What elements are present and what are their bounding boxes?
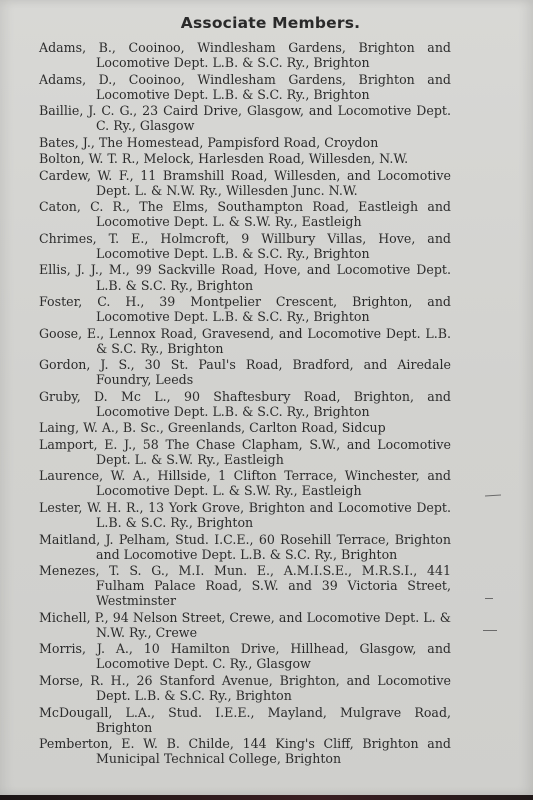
member-name: Morse, R. H., (39, 673, 130, 688)
member-address: Lennox Road, Gravesend, and Locomotive D… (96, 326, 451, 356)
member-entry: Ellis, J. J., M., 99 Sackville Road, Hov… (39, 262, 451, 292)
member-name: Bates, J., (39, 135, 95, 150)
member-entry: Adams, D., Cooinoo, Windlesham Gardens, … (39, 72, 451, 102)
member-name: Pemberton, E. W. B. Childe, (39, 736, 234, 751)
member-entry: Morris, J. A., 10 Hamilton Drive, Hillhe… (39, 641, 451, 671)
pencil-mark (485, 494, 501, 496)
page-title: Associate Members. (0, 14, 533, 32)
member-name: Adams, D., (39, 72, 116, 87)
member-entry: Gordon, J. S., 30 St. Paul's Road, Bradf… (39, 357, 451, 387)
book-cover-edge (0, 795, 533, 800)
member-address: 30 St. Paul's Road, Bradford, and Aireda… (96, 357, 451, 387)
member-entry: Lamport, E. J., 58 The Chase Clapham, S.… (39, 437, 451, 467)
member-address: 99 Sackville Road, Hove, and Locomotive … (96, 262, 451, 292)
member-entry: Morse, R. H., 26 Stanford Avenue, Bright… (39, 673, 451, 703)
member-name: Michell, P., (39, 610, 109, 625)
member-name: Cardew, W. F., (39, 168, 134, 183)
member-name: McDougall, L.A., (39, 705, 155, 720)
member-name: Lester, W. H. R., (39, 500, 144, 515)
member-name: Menezes, T. S. G., (39, 563, 169, 578)
member-entry: Lester, W. H. R., 13 York Grove, Brighto… (39, 500, 451, 530)
member-address: 26 Stanford Avenue, Brighton, and Locomo… (96, 673, 451, 703)
member-name: Lamport, E. J., (39, 437, 136, 452)
member-address: 58 The Chase Clapham, S.W., and Locomoti… (96, 437, 451, 467)
member-name: Goose, E., (39, 326, 104, 341)
member-name: Caton, C. R., (39, 199, 130, 214)
member-entry: Chrimes, T. E., Holmcroft, 9 Willbury Vi… (39, 231, 451, 261)
pencil-mark (485, 598, 493, 599)
member-address: 13 York Grove, Brighton and Locomotive D… (96, 500, 451, 530)
member-address: Melock, Harlesden Road, Willesden, N.W. (143, 151, 408, 166)
member-address: Cooinoo, Windlesham Gardens, Brighton an… (96, 40, 451, 70)
member-address: Hillside, 1 Clifton Terrace, Winchester,… (96, 468, 451, 498)
member-address: The Homestead, Pampisford Road, Croydon (99, 135, 378, 150)
member-address: The Elms, Southampton Road, Eastleigh an… (96, 199, 451, 229)
member-entry: Foster, C. H., 39 Montpelier Crescent, B… (39, 294, 451, 324)
member-address: Greenlands, Carlton Road, Sidcup (168, 420, 386, 435)
member-name: Chrimes, T. E., (39, 231, 148, 246)
member-address: 10 Hamilton Drive, Hillhead, Glasgow, an… (96, 641, 451, 671)
document-page: Associate Members. Adams, B., Cooinoo, W… (0, 0, 533, 795)
member-name: Gordon, J. S., (39, 357, 135, 372)
member-name: Gruby, D. Mc L., (39, 389, 171, 404)
member-entry: Laurence, W. A., Hillside, 1 Clifton Ter… (39, 468, 451, 498)
member-entry: McDougall, L.A., Stud. I.E.E., Mayland, … (39, 705, 451, 735)
member-entry: Goose, E., Lennox Road, Gravesend, and L… (39, 326, 451, 356)
member-address: 39 Montpelier Crescent, Brighton, and Lo… (96, 294, 451, 324)
member-entry: Laing, W. A., B. Sc., Greenlands, Carlto… (39, 420, 451, 435)
member-list: Adams, B., Cooinoo, Windlesham Gardens, … (39, 40, 451, 768)
member-name: Ellis, J. J., M., (39, 262, 130, 277)
member-address: 11 Bramshill Road, Willesden, and Locomo… (96, 168, 451, 198)
member-address: 94 Nelson Street, Crewe, and Locomotive … (96, 610, 451, 640)
member-entry: Menezes, T. S. G., M.I. Mun. E., A.M.I.S… (39, 563, 451, 608)
member-name: Maitland, J. Pelham, (39, 532, 170, 547)
member-name: Adams, B., (39, 40, 116, 55)
member-name: Bolton, W. T. R., (39, 151, 139, 166)
member-entry: Baillie, J. C. G., 23 Caird Drive, Glasg… (39, 103, 451, 133)
member-entry: Pemberton, E. W. B. Childe, 144 King's C… (39, 736, 451, 766)
member-address: Holmcroft, 9 Willbury Villas, Hove, and … (96, 231, 451, 261)
member-address: Cooinoo, Windlesham Gardens, Brighton an… (96, 72, 451, 102)
member-entry: Maitland, J. Pelham, Stud. I.C.E., 60 Ro… (39, 532, 451, 562)
member-address: 23 Caird Drive, Glasgow, and Locomotive … (96, 103, 451, 133)
member-entry: Bates, J., The Homestead, Pampisford Roa… (39, 135, 451, 150)
member-entry: Adams, B., Cooinoo, Windlesham Gardens, … (39, 40, 451, 70)
member-entry: Bolton, W. T. R., Melock, Harlesden Road… (39, 151, 451, 166)
member-name: Morris, J. A., (39, 641, 133, 656)
member-entry: Michell, P., 94 Nelson Street, Crewe, an… (39, 610, 451, 640)
member-name: Laurence, W. A., (39, 468, 150, 483)
member-name: Baillie, J. C. G., (39, 103, 137, 118)
member-entry: Caton, C. R., The Elms, Southampton Road… (39, 199, 451, 229)
member-entry: Gruby, D. Mc L., 90 Shaftesbury Road, Br… (39, 389, 451, 419)
member-entry: Cardew, W. F., 11 Bramshill Road, Willes… (39, 168, 451, 198)
pencil-mark (483, 630, 497, 631)
member-name: Foster, C. H., (39, 294, 144, 309)
member-name: Laing, W. A., B. Sc., (39, 420, 164, 435)
